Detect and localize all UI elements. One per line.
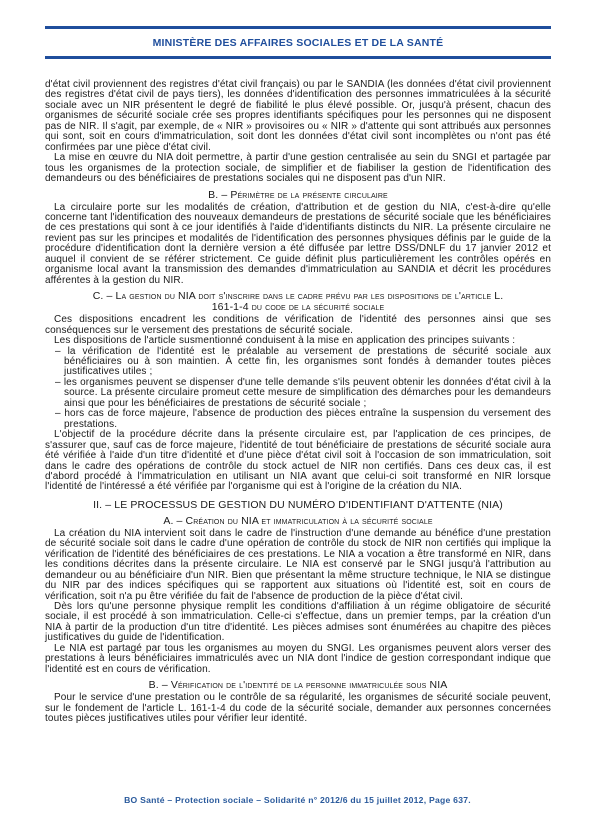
paragraph-mise-en-oeuvre: La mise en œuvre du NIA doit permettre, … [45, 153, 551, 184]
ministry-title: MINISTÈRE DES AFFAIRES SOCIALES ET DE LA… [45, 29, 551, 56]
heading-c-gestion: C. – La gestion du NIA doit s'inscrire d… [83, 291, 513, 313]
paragraph-dispositions: Ces dispositions encadrent les condition… [45, 315, 551, 336]
header-bottom-rule [45, 56, 551, 59]
list-item: – hors cas de force majeure, l'absence d… [64, 409, 551, 430]
paragraph-des-lors: Dès lors qu'une personne physique rempli… [45, 602, 551, 644]
paragraph-objectif: L'objectif de la procédure décrite dans … [45, 430, 551, 493]
paragraph-intro-continuation: d'état civil proviennent des registres d… [45, 80, 551, 153]
page-footer-reference: BO Santé – Protection sociale – Solidari… [0, 795, 595, 805]
list-item: – la vérification de l'identité est le p… [64, 347, 551, 378]
paragraph-partage: Le NIA est partagé par tous les organism… [45, 644, 551, 675]
page-header: MINISTÈRE DES AFFAIRES SOCIALES ET DE LA… [45, 0, 551, 59]
document-body: d'état civil proviennent des registres d… [45, 80, 551, 725]
heading-a-creation: A. – Création du NIA et immatriculation … [45, 516, 551, 527]
heading-ii-processus: II. – LE PROCESSUS DE GESTION DU NUMÉRO … [45, 500, 551, 511]
heading-b-verification: B. – Vérification de l'identité de la pe… [45, 680, 551, 691]
paragraph-circulaire: La circulaire porte sur les modalités de… [45, 203, 551, 287]
principles-list: – la vérification de l'identité est le p… [45, 347, 551, 431]
list-item: – les organismes peuvent se dispenser d'… [64, 378, 551, 409]
paragraph-service: Pour le service d'une prestation ou le c… [45, 693, 551, 724]
heading-b-perimetre: B. – Périmètre de la présente circulaire [45, 190, 551, 201]
paragraph-principes-intro: Les dispositions de l'article susmention… [45, 336, 551, 346]
paragraph-creation: La création du NIA intervient soit dans … [45, 529, 551, 602]
document-page: MINISTÈRE DES AFFAIRES SOCIALES ET DE LA… [0, 0, 595, 825]
